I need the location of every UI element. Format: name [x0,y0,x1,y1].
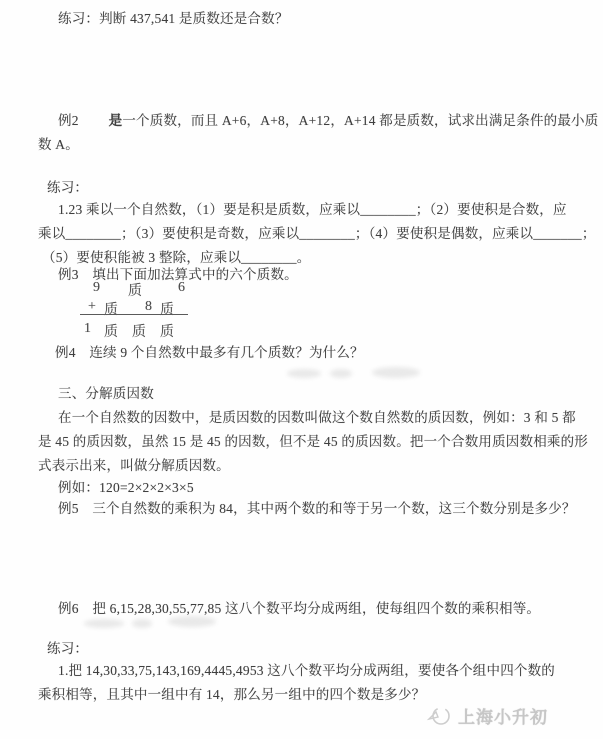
example2-bold-char: 是 [109,113,123,128]
example4-line: 例4 连续 9 个自然数中最多有几个质数？为什么？ [55,341,364,361]
section3-para-line1: 在一个自然数的因数中，是质因数的因数叫做这个数自然数的质因数，例如：3 和 5 … [58,406,576,426]
example2-label: 例2 [58,113,79,128]
watermark-smudge [168,616,216,627]
example2-line1: 例2是一个质数，而且 A+6，A+8，A+12，A+14 都是质数，试求出满足条… [58,109,598,129]
example2-line2: 数 A。 [38,133,79,153]
exercise-group-line1: 1.把 14,30,33,75,143,169,4445,4953 这八个数平均… [58,659,555,679]
addition-row2-digit2: 8 [145,299,152,315]
addition-sum-digit2: 质 [104,321,118,341]
section3-para-line2: 是 45 的质因数，虽然 15 是 45 的因数，但不是 45 的质因数。把一个… [38,430,588,450]
practice-judge-line: 练习：判断 437,541 是质数还是合数？ [58,7,289,27]
watermark-smudge [330,369,352,378]
example6-line: 例6 把 6,15,28,30,55,77,85 这八个数平均分成两组，使每组四… [58,597,540,617]
addition-row2-digit1: 质 [104,299,118,319]
watermark-smudge [287,369,321,378]
addition-sum-digit4: 质 [160,321,174,341]
footer-logo-text: 上海小升初 [458,703,548,728]
addition-row1-digit3: 6 [178,280,185,296]
scanned-worksheet-page: 练习：判断 437,541 是质数还是合数？ 例2是一个质数，而且 A+6，A+… [0,0,603,739]
addition-row1-digit1: 9 [93,280,100,296]
exercise23-line2: 乘以________；（3）要使积是奇数，应乘以________；（4）要使积是… [38,222,596,242]
addition-row2-digit3: 质 [160,299,174,319]
addition-row1-digit2: 质 [128,280,142,300]
practice-label-1: 练习： [47,176,88,196]
watermark-smudge [372,367,420,378]
watermark-smudge [132,619,152,628]
example2-text: 一个质数，而且 A+6，A+8，A+12，A+14 都是质数，试求出满足条件的最… [122,113,598,128]
footer-watermark-logo: 上海小升初 [426,703,548,728]
section3-para-line3: 式表示出来，叫做分解质因数。 [38,454,230,474]
addition-plus-sign: + [88,299,96,315]
example5-line: 例5 三个自然数的乘积为 84，其中两个数的和等于另一个数，这三个数分别是多少？ [58,497,576,517]
watermark-smudge [84,619,124,628]
practice-label-2: 练习： [47,637,88,657]
factorization-example-equation: 例如：120=2×2×2×3×5 [58,476,194,496]
megaphone-icon [426,705,452,727]
addition-sum-digit3: 质 [132,321,146,341]
exercise23-line1: 1.23 乘以一个自然数，（1）要是积是质数，应乘以________；（2）要使… [58,198,567,218]
addition-rule-line [80,314,188,315]
section3-heading: 三、分解质因数 [58,382,154,402]
addition-sum-digit1: 1 [84,321,91,337]
exercise-group-line2: 乘积相等，且其中一组中有 14，那么另一组中的四个数是多少？ [38,683,425,703]
